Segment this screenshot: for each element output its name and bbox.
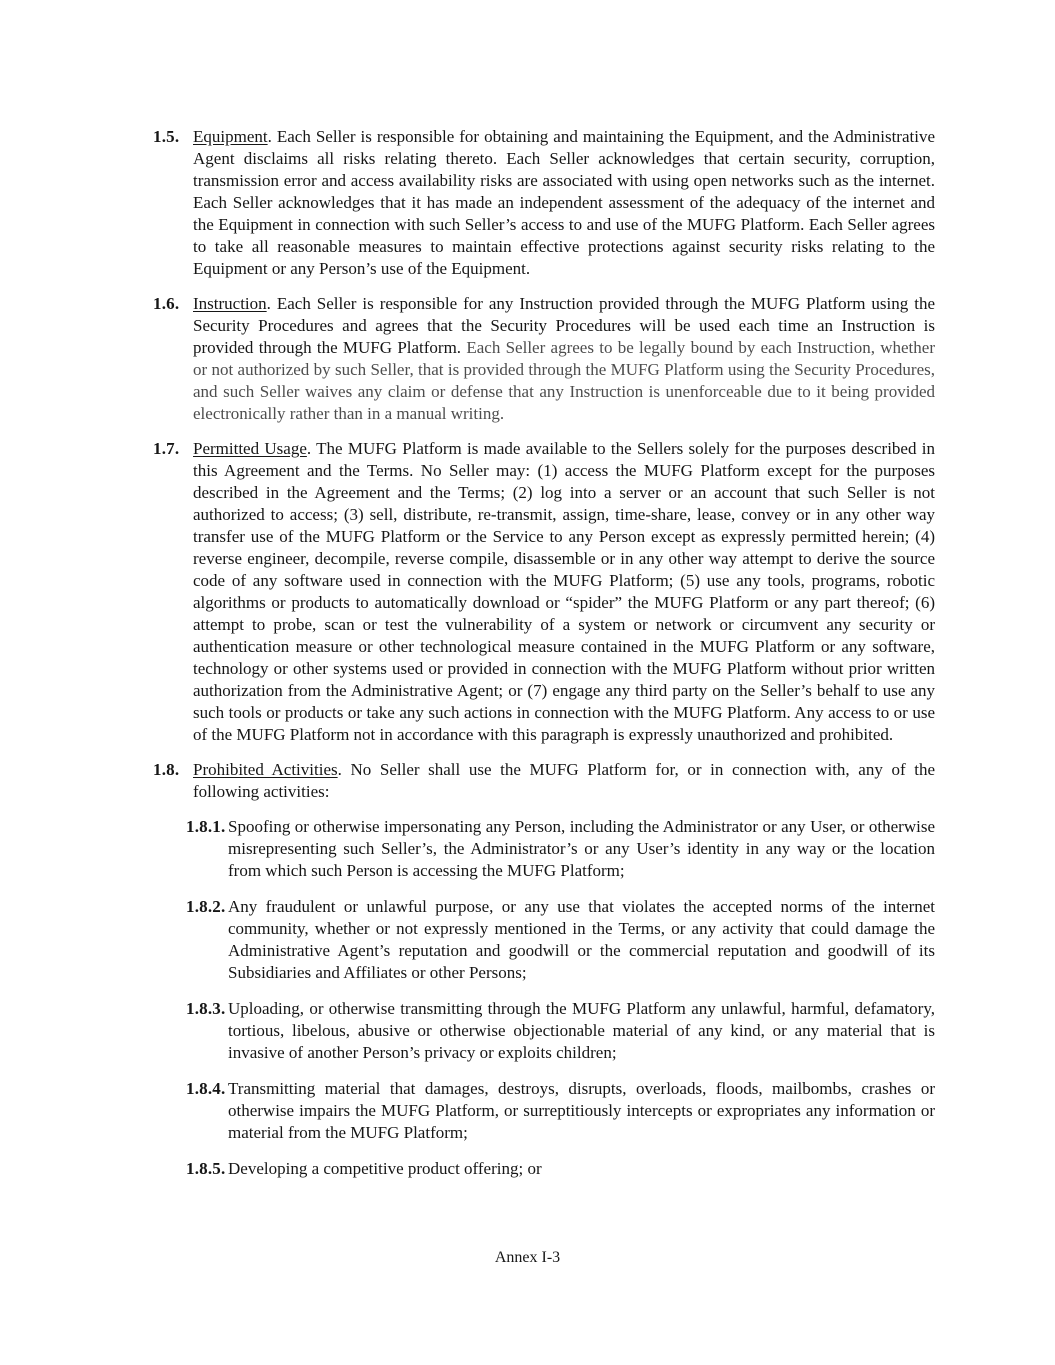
page-footer: Annex I-3 <box>0 1248 1055 1268</box>
subsection-1-8-3: 1.8.3. Uploading, or otherwise transmitt… <box>153 998 935 1064</box>
subsection-number: 1.8.3. <box>186 998 225 1020</box>
subsection-1-8-1: 1.8.1. Spoofing or otherwise impersonati… <box>153 816 935 882</box>
section-1-8: 1.8. Prohibited Activities. No Seller sh… <box>153 759 935 803</box>
section-heading: Equipment <box>193 127 268 146</box>
annex-page-label: Annex I-3 <box>495 1249 560 1266</box>
subsection-body: Uploading, or otherwise transmitting thr… <box>228 999 935 1062</box>
document-body: 1.5. Equipment. Each Seller is responsib… <box>153 126 935 1194</box>
section-1-6: 1.6. Instruction. Each Seller is respons… <box>153 293 935 425</box>
section-heading: Instruction <box>193 294 267 313</box>
section-body: . Each Seller is responsible for obtaini… <box>193 127 935 278</box>
subsection-body: Spoofing or otherwise impersonating any … <box>228 817 935 880</box>
subsection-number: 1.8.5. <box>186 1158 225 1180</box>
subsection-body: Developing a competitive product offerin… <box>228 1159 542 1178</box>
section-number: 1.6. <box>153 293 179 315</box>
subsection-body: Transmitting material that damages, dest… <box>228 1079 935 1142</box>
section-body: . The MUFG Platform is made available to… <box>193 439 935 744</box>
subsection-number: 1.8.4. <box>186 1078 225 1100</box>
section-number: 1.7. <box>153 438 179 460</box>
section-number: 1.8. <box>153 759 179 781</box>
document-page: 1.5. Equipment. Each Seller is responsib… <box>0 0 1055 1365</box>
subsection-number: 1.8.1. <box>186 816 225 838</box>
subsection-1-8-4: 1.8.4. Transmitting material that damage… <box>153 1078 935 1144</box>
section-1-5: 1.5. Equipment. Each Seller is responsib… <box>153 126 935 280</box>
section-heading: Permitted Usage <box>193 439 307 458</box>
section-1-7: 1.7. Permitted Usage. The MUFG Platform … <box>153 438 935 746</box>
section-heading: Prohibited Activities <box>193 760 338 779</box>
subsection-number: 1.8.2. <box>186 896 225 918</box>
subsection-1-8-5: 1.8.5. Developing a competitive product … <box>153 1158 935 1180</box>
subsection-1-8-2: 1.8.2. Any fraudulent or unlawful purpos… <box>153 896 935 984</box>
section-number: 1.5. <box>153 126 179 148</box>
subsection-body: Any fraudulent or unlawful purpose, or a… <box>228 897 935 982</box>
